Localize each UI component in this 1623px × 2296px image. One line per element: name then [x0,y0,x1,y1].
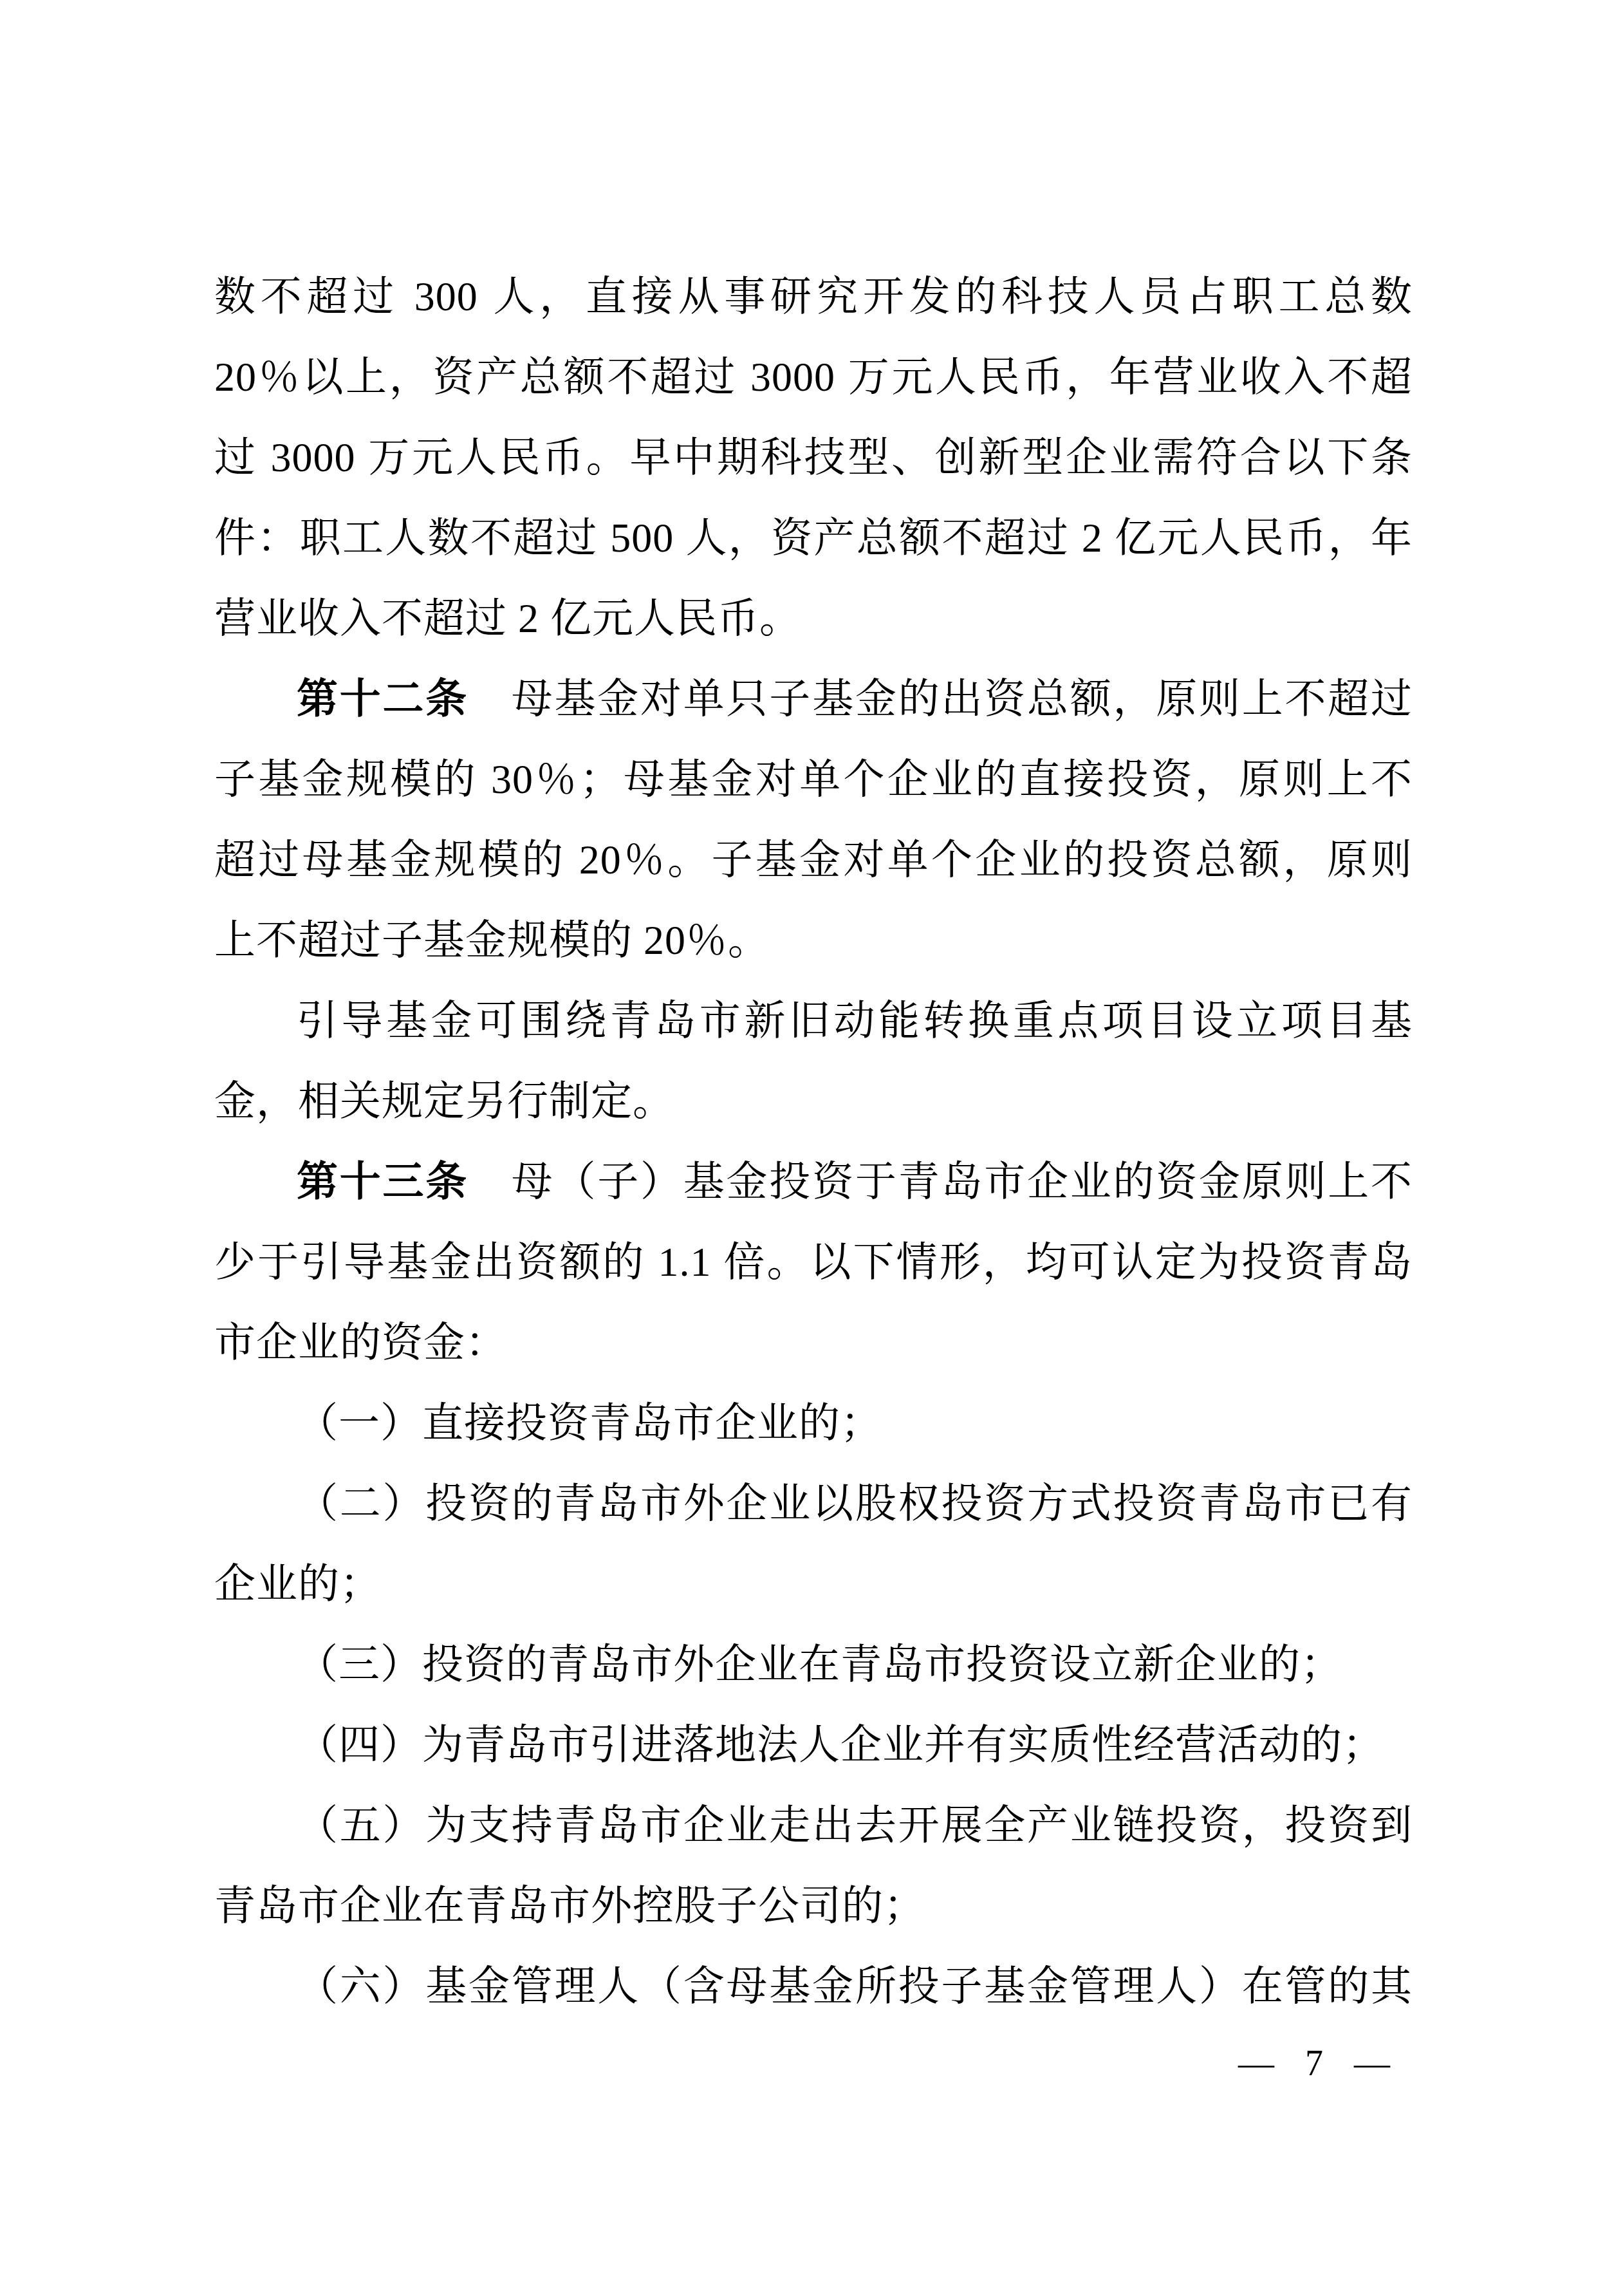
document-page: 数不超过 300 人，直接从事研究开发的科技人员占职工总数 20％以上，资产总额… [0,0,1623,2296]
text-line: 市企业的资金： [214,1302,1413,1383]
list-item-4: （四）为青岛市引进落地法人企业并有实质性经营活动的； [214,1704,1413,1785]
list-item-3: （三）投资的青岛市外企业在青岛市投资设立新企业的； [214,1624,1413,1704]
article-12-line: 第十二条 母基金对单只子基金的出资总额，原则上不超过 [214,658,1413,739]
body-text: 数不超过 300 人，直接从事研究开发的科技人员占职工总数 20％以上，资产总额… [214,256,1413,2026]
text-line: 子基金规模的 30％；母基金对单个企业的直接投资，原则上不 [214,739,1413,819]
page-number-right-dash: — [1354,2044,1390,2084]
article-13-line: 第十三条 母（子）基金投资于青岛市企业的资金原则上不 [214,1141,1413,1222]
text-line: 超过母基金规模的 20％。子基金对单个企业的投资总额，原则 [214,819,1413,900]
article-12-body: 母基金对单只子基金的出资总额，原则上不超过 [468,676,1413,722]
text-line: 上不超过子基金规模的 20％。 [214,900,1413,980]
text-line: 金，相关规定另行制定。 [214,1061,1413,1141]
text-line: 青岛市企业在青岛市外控股子公司的； [214,1865,1413,1946]
text-line: 营业收入不超过 2 亿元人民币。 [214,578,1413,658]
text-line: 企业的； [214,1544,1413,1624]
text-line: 20％以上，资产总额不超过 3000 万元人民币，年营业收入不超 [214,337,1413,417]
page-number-left-dash: — [1238,2044,1274,2084]
article-13-heading: 第十三条 [297,1159,468,1204]
text-line: 少于引导基金出资额的 1.1 倍。以下情形，均可认定为投资青岛 [214,1222,1413,1302]
text-line: 引导基金可围绕青岛市新旧动能转换重点项目设立项目基 [214,980,1413,1061]
article-12-heading: 第十二条 [297,676,468,722]
page-number: —7— [1238,2046,1390,2082]
text-line: 件：职工人数不超过 500 人，资产总额不超过 2 亿元人民币，年 [214,498,1413,578]
page-number-value: 7 [1305,2044,1323,2084]
list-item-5: （五）为支持青岛市企业走出去开展全产业链投资，投资到 [214,1785,1413,1865]
list-item-2: （二）投资的青岛市外企业以股权投资方式投资青岛市已有 [214,1463,1413,1544]
list-item-6: （六）基金管理人（含母基金所投子基金管理人）在管的其 [214,1946,1413,2026]
text-line: 过 3000 万元人民币。早中期科技型、创新型企业需符合以下条 [214,417,1413,498]
article-13-body: 母（子）基金投资于青岛市企业的资金原则上不 [468,1159,1413,1204]
list-item-1: （一）直接投资青岛市企业的； [214,1383,1413,1463]
text-line: 数不超过 300 人，直接从事研究开发的科技人员占职工总数 [214,256,1413,337]
